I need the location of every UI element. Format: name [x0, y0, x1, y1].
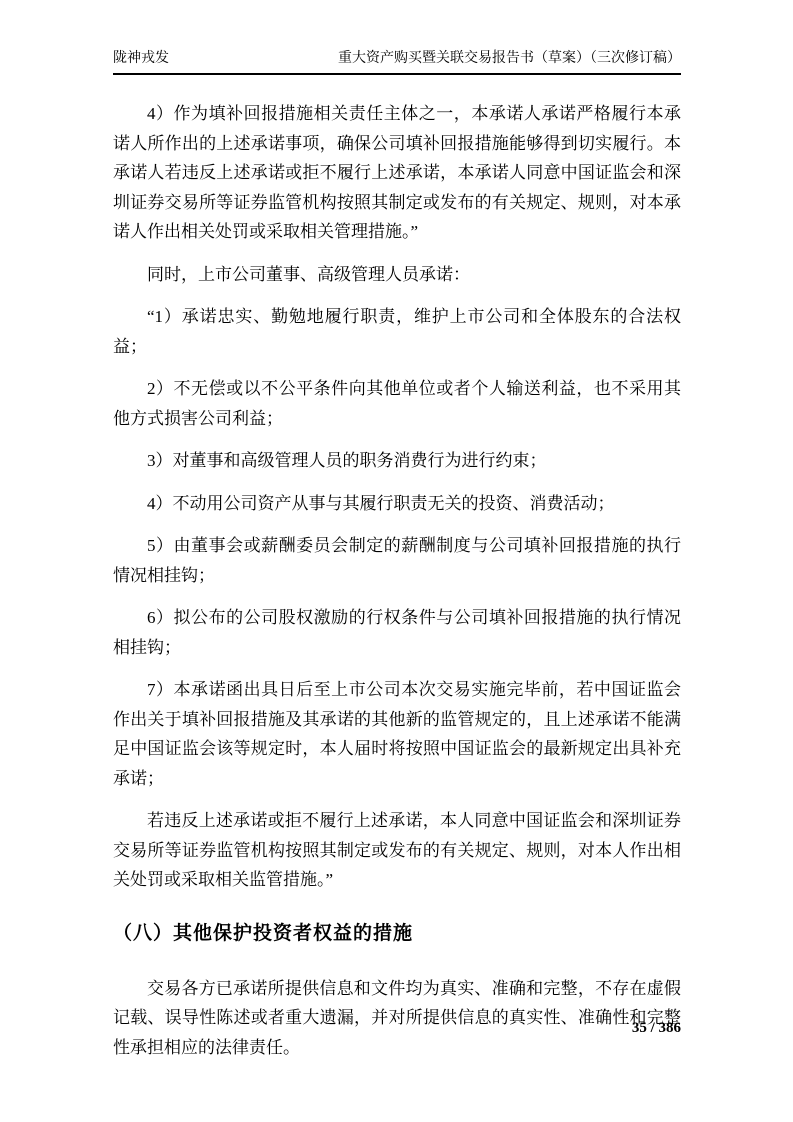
- paragraph: 6）拟公布的公司股权激励的行权条件与公司填补回报措施的执行情况相挂钩；: [113, 603, 681, 662]
- paragraph: 4）不动用公司资产从事与其履行职责无关的投资、消费活动；: [113, 489, 681, 519]
- paragraph: 2）不无偿或以不公平条件向其他单位或者个人输送利益，也不采用其他方式损害公司利益…: [113, 374, 681, 433]
- document-page: 陇神戎发 重大资产购买暨关联交易报告书（草案）（三次修订稿） 4）作为填补回报措…: [0, 0, 793, 1122]
- header-right-title: 重大资产购买暨关联交易报告书（草案）（三次修订稿）: [338, 50, 681, 68]
- section-heading: （八）其他保护投资者权益的措施: [113, 921, 681, 947]
- paragraph: 同时，上市公司董事、高级管理人员承诺：: [113, 260, 681, 290]
- closing-paragraph: 交易各方已承诺所提供信息和文件均为真实、准确和完整，不存在虚假记载、误导性陈述或…: [113, 974, 681, 1063]
- paragraph: “1）承诺忠实、勤勉地履行职责，维护上市公司和全体股东的合法权益；: [113, 302, 681, 361]
- page-header: 陇神戎发 重大资产购买暨关联交易报告书（草案）（三次修订稿）: [113, 0, 681, 68]
- paragraph: 3）对董事和高级管理人员的职务消费行为进行约束；: [113, 446, 681, 476]
- page-number: 35 / 386: [632, 1020, 681, 1037]
- paragraph: 7）本承诺函出具日后至上市公司本次交易实施完毕前，若中国证监会作出关于填补回报措…: [113, 675, 681, 793]
- paragraph: 4）作为填补回报措施相关责任主体之一，本承诺人承诺严格履行本承诺人所作出的上述承…: [113, 99, 681, 247]
- header-left-title: 陇神戎发: [113, 50, 169, 68]
- paragraph: 若违反上述承诺或拒不履行上述承诺，本人同意中国证监会和深圳证券交易所等证券监管机…: [113, 806, 681, 895]
- document-body: 4）作为填补回报措施相关责任主体之一，本承诺人承诺严格履行本承诺人所作出的上述承…: [113, 75, 681, 1062]
- paragraph: 5）由董事会或薪酬委员会制定的薪酬制度与公司填补回报措施的执行情况相挂钩；: [113, 531, 681, 590]
